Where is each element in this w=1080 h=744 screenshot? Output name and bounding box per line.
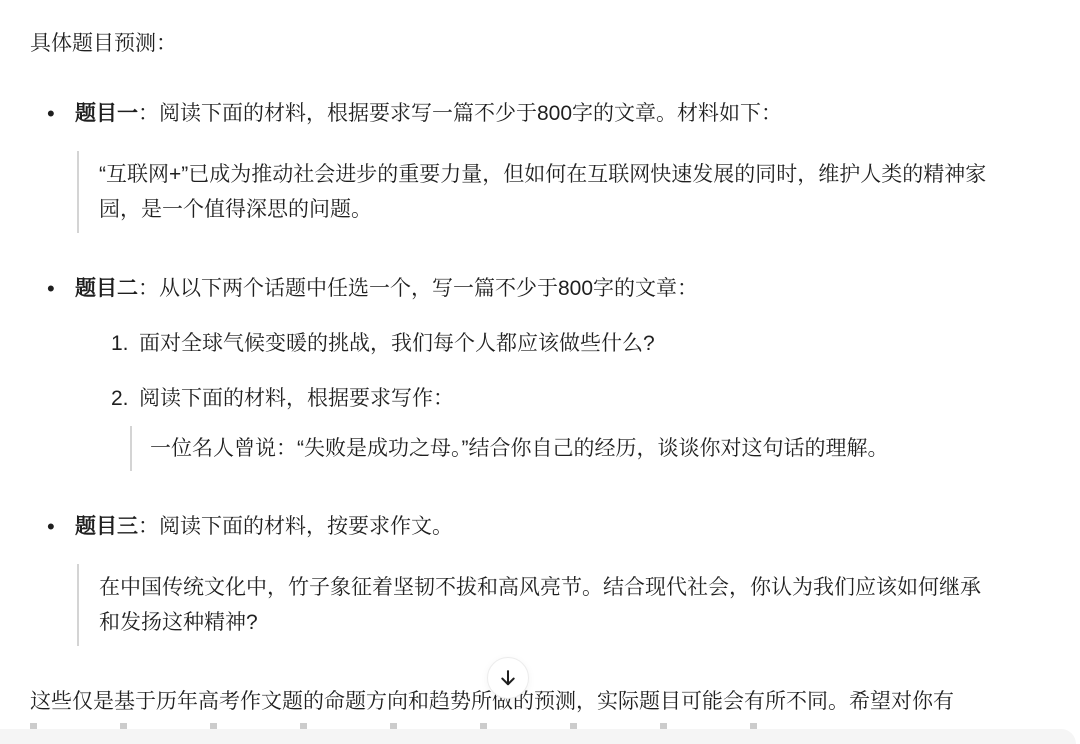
bullet-marker: •: [30, 96, 75, 131]
quote-text: “互联网+”已成为推动社会进步的重要力量，但如何在互联网快速发展的同时，维护人类…: [99, 157, 1019, 227]
ordered-list: 1. 面对全球气候变暖的挑战，我们每个人都应该做些什么? 2. 阅读下面的材料，…: [111, 326, 1048, 471]
topic-quote: “互联网+”已成为推动社会进步的重要力量，但如何在互联网快速发展的同时，维护人类…: [77, 151, 1019, 233]
topic-label: 题目一: [75, 102, 138, 125]
topic-quote: 在中国传统文化中，竹子象征着坚韧不拔和高风亮节。结合现代社会，你认为我们应该如何…: [77, 564, 987, 646]
ordered-item-text: 面对全球气候变暖的挑战，我们每个人都应该做些什么?: [139, 326, 1048, 361]
topic-body: 题目二：从以下两个话题中任选一个，写一篇不少于800字的文章： 1. 面对全球气…: [75, 271, 1048, 471]
arrow-down-icon: [497, 667, 519, 689]
topic-text: ：从以下两个话题中任选一个，写一篇不少于800字的文章：: [138, 277, 698, 300]
topic-body: 题目三：阅读下面的材料，按要求作文。 在中国传统文化中，竹子象征着坚韧不拔和高风…: [75, 509, 1048, 646]
intro-text: 具体题目预测：: [30, 26, 1048, 61]
nested-quote: 一位名人曾说：“失败是成功之母。”结合你自己的经历，谈谈你对这句话的理解。: [130, 426, 1048, 471]
ordered-item-1: 1. 面对全球气候变暖的挑战，我们每个人都应该做些什么?: [111, 326, 1048, 361]
topic-item-2: • 题目二：从以下两个话题中任选一个，写一篇不少于800字的文章： 1. 面对全…: [30, 271, 1048, 471]
bullet-marker: •: [30, 271, 75, 306]
topic-body: 题目一：阅读下面的材料，根据要求写一篇不少于800字的文章。材料如下： “互联网…: [75, 96, 1048, 233]
closing-text: 这些仅是基于历年高考作文题的命题方向和趋势所做的预测，实际题目可能会有所不同。希…: [30, 684, 1048, 719]
topic-text: ：阅读下面的材料，按要求作文。: [138, 515, 453, 538]
topic-heading: 题目一：阅读下面的材料，根据要求写一篇不少于800字的文章。材料如下：: [75, 96, 1048, 131]
ordered-item-text: 阅读下面的材料，根据要求写作：: [139, 381, 1048, 416]
topic-label: 题目三: [75, 515, 138, 538]
topic-label: 题目二: [75, 277, 138, 300]
input-area-edge: [0, 729, 1076, 744]
ordered-item-number: 2.: [111, 381, 139, 416]
topic-heading: 题目二：从以下两个话题中任选一个，写一篇不少于800字的文章：: [75, 271, 1048, 306]
bullet-marker: •: [30, 509, 75, 544]
quote-text: 一位名人曾说：“失败是成功之母。”结合你自己的经历，谈谈你对这句话的理解。: [150, 431, 1048, 466]
scroll-to-bottom-button[interactable]: [487, 657, 529, 699]
ordered-item-number: 1.: [111, 326, 139, 361]
topic-heading: 题目三：阅读下面的材料，按要求作文。: [75, 509, 1048, 544]
topic-text: ：阅读下面的材料，根据要求写一篇不少于800字的文章。材料如下：: [138, 102, 782, 125]
topic-item-3: • 题目三：阅读下面的材料，按要求作文。 在中国传统文化中，竹子象征着坚韧不拔和…: [30, 509, 1048, 646]
ordered-item-body: 阅读下面的材料，根据要求写作： 一位名人曾说：“失败是成功之母。”结合你自己的经…: [139, 381, 1048, 471]
assistant-message: 具体题目预测： • 题目一：阅读下面的材料，根据要求写一篇不少于800字的文章。…: [30, 26, 1048, 729]
ordered-item-2: 2. 阅读下面的材料，根据要求写作： 一位名人曾说：“失败是成功之母。”结合你自…: [111, 381, 1048, 471]
ordered-item-body: 面对全球气候变暖的挑战，我们每个人都应该做些什么?: [139, 326, 1048, 361]
topic-item-1: • 题目一：阅读下面的材料，根据要求写一篇不少于800字的文章。材料如下： “互…: [30, 96, 1048, 233]
quote-text: 在中国传统文化中，竹子象征着坚韧不拔和高风亮节。结合现代社会，你认为我们应该如何…: [99, 570, 987, 640]
